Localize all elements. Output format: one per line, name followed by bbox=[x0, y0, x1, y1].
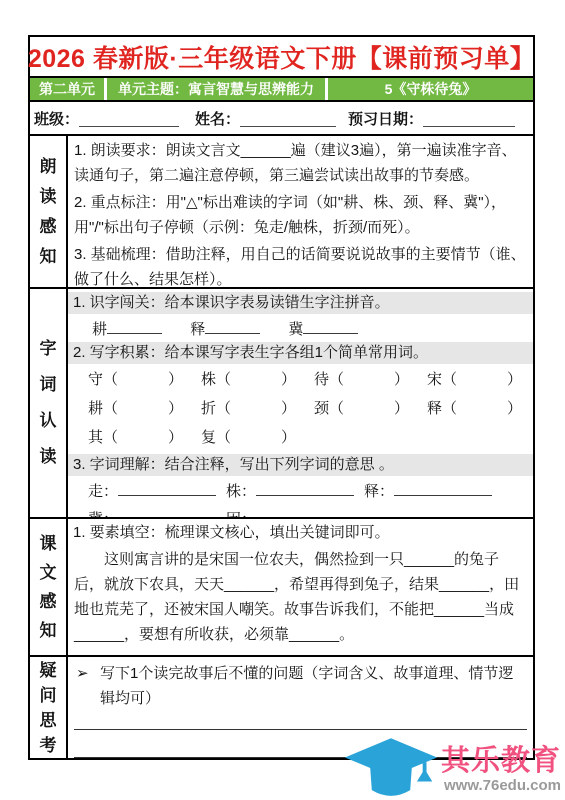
meaning-blank[interactable] bbox=[394, 481, 492, 496]
meaning-blank[interactable] bbox=[256, 481, 354, 496]
word-row: 守（） 株（） 待（） 宋（） bbox=[88, 366, 533, 393]
word-cell: 释（） bbox=[427, 395, 533, 422]
graduation-cap-icon bbox=[343, 736, 439, 800]
words-q1-header: 1. 识字闯关：给本课识字表易读错生字注拼音。 bbox=[68, 292, 533, 314]
meaning-cell: 冀： bbox=[88, 508, 226, 517]
section-question-label: 疑问思考 bbox=[30, 657, 68, 758]
section-words-label: 字词认读 bbox=[30, 289, 68, 517]
word-cell: 复（） bbox=[201, 424, 314, 451]
meaning-cell: 因： bbox=[226, 508, 364, 517]
word-cell: 宋（） bbox=[427, 366, 533, 393]
date-blank[interactable] bbox=[423, 110, 515, 127]
reading-item: 3. 基础梳理：借助注释，用自己的话简要说说故事的主要情节（谁、做了什么、结果怎… bbox=[74, 242, 527, 287]
word-row: 其（） 复（） bbox=[88, 424, 533, 451]
section-words-body: 1. 识字闯关：给本课识字表易读错生字注拼音。 耕 释 冀 2. 写字积累：给本… bbox=[68, 289, 533, 517]
brand-url: www.76edu.com bbox=[444, 778, 561, 794]
date-label: 预习日期： bbox=[348, 108, 423, 129]
meaning-row: 冀： 因： bbox=[88, 508, 533, 517]
info-row: 班级： 姓名： 预习日期： bbox=[30, 102, 533, 136]
page-title: 2026 春新版·三年级语文下册【课前预习单】 bbox=[30, 37, 533, 78]
class-blank[interactable] bbox=[79, 110, 179, 127]
pinyin-blank[interactable] bbox=[303, 318, 358, 334]
pinyin-blank[interactable] bbox=[205, 318, 260, 334]
reading-item: 2. 重点标注：用"△"标出难读的字词（如"耕、株、颈、释、冀"），用"/"标出… bbox=[74, 190, 527, 240]
lesson-title: 5《守株待兔》 bbox=[328, 78, 533, 100]
brand-name: 其乐教育 bbox=[441, 746, 561, 777]
meaning-cell: 走： bbox=[88, 480, 226, 504]
section-reading-body: 1. 朗读要求：朗读文言文______遍（建议3遍），第一遍读准字音、读通句子，… bbox=[68, 136, 533, 287]
question-prompt: ➢写下1个读完故事后不懂的问题（字词含义、故事道理、情节逻辑均可） bbox=[76, 661, 525, 711]
word-cell: 其（） bbox=[88, 424, 201, 451]
section-reading-label: 朗读感知 bbox=[30, 136, 68, 287]
name-label: 姓名： bbox=[195, 108, 240, 129]
section-text-sense-body: 1. 要素填空：梳理课文核心，填出关键词即可。 这则寓言讲的是宋国一位农夫，偶然… bbox=[68, 519, 533, 655]
worksheet-frame: 2026 春新版·三年级语文下册【课前预习单】 第二单元 单元主题：寓言智慧与思… bbox=[28, 35, 535, 760]
pinyin-cell: 耕 bbox=[92, 318, 162, 339]
word-cell: 守（） bbox=[88, 366, 201, 393]
section-text-sense: 课文感知 1. 要素填空：梳理课文核心，填出关键词即可。 这则寓言讲的是宋国一位… bbox=[30, 519, 533, 657]
answer-line[interactable] bbox=[74, 711, 527, 730]
word-cell: 待（） bbox=[314, 366, 427, 393]
section-text-sense-label: 课文感知 bbox=[30, 519, 68, 655]
meaning-blank[interactable] bbox=[118, 509, 216, 517]
meaning-blank[interactable] bbox=[256, 509, 354, 517]
meaning-cell: 释： bbox=[364, 480, 502, 504]
word-cell: 耕（） bbox=[88, 395, 201, 422]
arrow-bullet-icon: ➢ bbox=[76, 661, 100, 686]
unit-bar: 第二单元 单元主题：寓言智慧与思辨能力 5《守株待兔》 bbox=[30, 78, 533, 102]
pinyin-row: 耕 释 冀 bbox=[92, 318, 533, 339]
question-prompt-text: 写下1个读完故事后不懂的问题（字词含义、故事道理、情节逻辑均可） bbox=[100, 665, 513, 707]
pinyin-cell: 冀 bbox=[288, 318, 358, 339]
unit-number: 第二单元 bbox=[30, 78, 104, 100]
pinyin-cell: 释 bbox=[190, 318, 260, 339]
words-q2-header: 2. 写字积累：给本课写字表生字各组1个简单常用词。 bbox=[68, 342, 533, 364]
pinyin-blank[interactable] bbox=[107, 318, 162, 334]
word-cell: 颈（） bbox=[314, 395, 427, 422]
worksheet-page: 2026 春新版·三年级语文下册【课前预习单】 第二单元 单元主题：寓言智慧与思… bbox=[0, 0, 565, 800]
meaning-row: 走： 株： 释： bbox=[88, 480, 533, 504]
meaning-blank[interactable] bbox=[118, 481, 216, 496]
qile-education-logo: 其乐教育 www.76edu.com bbox=[343, 736, 561, 800]
section-words: 字词认读 1. 识字闯关：给本课识字表易读错生字注拼音。 耕 释 冀 2. 写字… bbox=[30, 289, 533, 519]
name-blank[interactable] bbox=[240, 110, 336, 127]
section-reading: 朗读感知 1. 朗读要求：朗读文言文______遍（建议3遍），第一遍读准字音、… bbox=[30, 136, 533, 289]
meaning-cell: 株： bbox=[226, 480, 364, 504]
unit-theme: 单元主题：寓言智慧与思辨能力 bbox=[107, 78, 325, 100]
reading-item: 1. 朗读要求：朗读文言文______遍（建议3遍），第一遍读准字音、读通句子，… bbox=[74, 138, 527, 188]
text-sense-q1-header: 1. 要素填空：梳理课文核心，填出关键词即可。 bbox=[68, 521, 533, 545]
word-cell: 株（） bbox=[201, 366, 314, 393]
fill-in-paragraph: 这则寓言讲的是宋国一位农夫，偶然捡到一只______的兔子后，就放下农具，天天_… bbox=[74, 547, 527, 647]
logo-text: 其乐教育 www.76edu.com bbox=[441, 746, 561, 800]
word-row: 耕（） 折（） 颈（） 释（） bbox=[88, 395, 533, 422]
class-label: 班级： bbox=[34, 108, 79, 129]
words-q3-header: 3. 字词理解：结合注释，写出下列字词的意思 。 bbox=[68, 454, 533, 476]
word-cell: 折（） bbox=[201, 395, 314, 422]
